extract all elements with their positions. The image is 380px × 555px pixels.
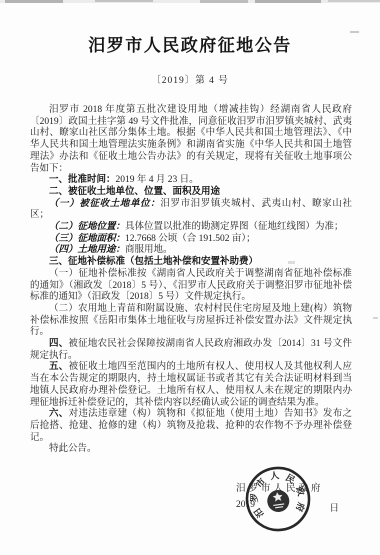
text-run: （四）土地用途： (49, 245, 125, 255)
text-run: 五、 (49, 362, 69, 372)
text-run: 被征地农民社会保障按湖南省人民政府湘政办发〔2014〕31 号文件规定执行。 (30, 339, 352, 361)
paragraph: （一）征地补偿标准按《湖南省人民政府关于调整湖南省征地补偿标准的通知》（湘政发〔… (30, 269, 352, 304)
paragraph: （二）征地位置：具体位置以批准的勘测定界图（征地红线图）为准； (30, 222, 352, 234)
doc-number: 〔2019〕第 4 号 (0, 72, 380, 86)
text-run: 六、 (49, 409, 69, 419)
official-seal: 汨罗市人民政府 (238, 459, 317, 538)
text-run: 一、批准时间： (49, 175, 116, 185)
text-run: （二）征地位置： (49, 222, 125, 232)
page-title: 汨罗市人民政府征地公告 (0, 0, 380, 56)
text-run: 四、 (49, 339, 68, 349)
text-run: 特此公告。 (49, 444, 97, 454)
text-run: 三、征地补偿标准（包括土地补偿和安置补助费） (49, 257, 258, 267)
text-run: 12.7668 公顷（合 191.502 亩）； (125, 234, 256, 244)
national-emblem-icon (266, 489, 291, 514)
text-run: （三）征地面积： (49, 234, 125, 244)
paragraph: 二、被征收土地单位、位置、面积及用途 (30, 187, 352, 199)
text-run: 被征收土地四至范围内的土地所有权人、使用权人及其他权利人应当在本公告规定的期限内… (30, 362, 352, 407)
paragraph: 三、征地补偿标准（包括土地补偿和安置补助费） (30, 257, 352, 269)
document-body: 汨罗市 2018 年度第五批次建设用地（增减挂钩）经湖南省人民政府〔2019〕政… (0, 105, 380, 456)
text-run: 具体位置以批准的勘测定界图（征地红线图）为准； (125, 222, 344, 232)
seal-character: 罗 (248, 493, 260, 503)
paragraph: （二）农用地上青苗和附属设施、农村村民住宅房屋及地上建(构）筑物补偿标准按照《岳… (30, 304, 352, 339)
text-run: 对违法违章建（构）筑物和《拟征地（使用土地）告知书》发布之后抢搭、抢建、抢修的建… (30, 409, 352, 442)
text-run: 汨罗市 2018 年度第五批次建设用地（增减挂钩）经湖南省人民政府〔2019〕政… (30, 105, 352, 174)
paragraph: 四、被征地农民社会保障按湖南省人民政府湘政办发〔2014〕31 号文件规定执行。 (30, 339, 352, 362)
paragraph: 五、被征收土地四至范围内的土地所有权人、使用权人及其他权利人应当在本公告规定的期… (30, 362, 352, 409)
paragraph: （四）土地用途：商服用地。 (30, 245, 352, 257)
text-run: 二、被征收土地单位、位置、面积及用途 (49, 187, 220, 197)
paragraph: 一、批准时间：2019 年 4 月 23 日。 (30, 175, 352, 187)
paragraph: 特此公告。 (30, 444, 352, 456)
text-run: （二）农用地上青苗和附属设施、农村村民住宅房屋及地上建(构）筑物补偿标准按照《岳… (30, 304, 352, 337)
paragraph: 六、对违法违章建（构）筑物和《拟征地（使用土地）告知书》发布之后抢搭、抢建、抢修… (30, 409, 352, 444)
text-run: 商服用地。 (125, 245, 173, 255)
document-page: 汨罗市人民政府征地公告 〔2019〕第 4 号 汨罗市 2018 年度第五批次建… (0, 0, 380, 555)
paragraph: 汨罗市 2018 年度第五批次建设用地（增减挂钩）经湖南省人民政府〔2019〕政… (30, 105, 352, 175)
seal-character: 人 (269, 469, 279, 481)
text-run: 2019 年 4 月 23 日。 (116, 175, 199, 185)
text-run: （一）征地补偿标准按《湖南省人民政府关于调整湖南省征地补偿标准的通知》（湘政发〔… (30, 269, 352, 302)
paragraph: （三）征地面积：12.7668 公顷（合 191.502 亩）； (30, 234, 352, 246)
text-run: （一）被征收土地单位： (49, 199, 160, 209)
signature-date-day-suffix: 日 (329, 500, 339, 514)
paragraph: （一）被征收土地单位：汨罗市汨罗镇夹城村、武夷山村、瞭家山社区； (30, 199, 352, 222)
